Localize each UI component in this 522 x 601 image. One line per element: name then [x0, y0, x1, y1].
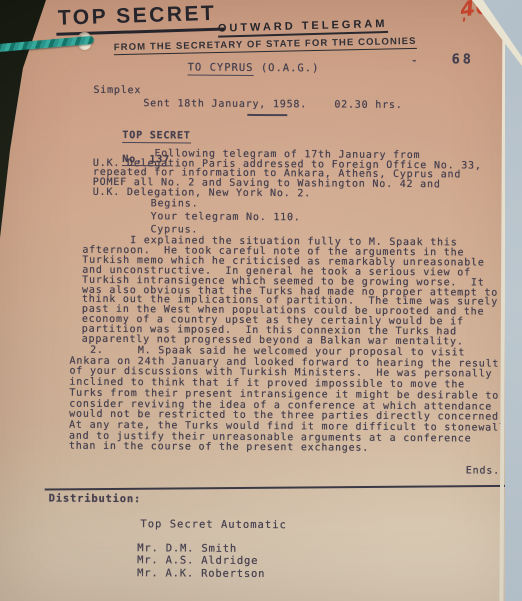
- background-right-strip: [505, 0, 522, 601]
- transmission-mode: Simplex: [93, 85, 141, 96]
- distribution-name-list: Mr. D.M. SmithMr. A.S. AldridgeMr. A.K. …: [137, 542, 265, 580]
- letterhead-from-line: FROM THE SECRETARY OF STATE FOR THE COLO…: [114, 36, 417, 55]
- dash-mark: -: [411, 53, 418, 67]
- text-line: Begins.: [151, 197, 301, 211]
- text-line: Your telegram No. 110.: [151, 210, 301, 224]
- document-type-heading: OUTWARD TELEGRAM: [218, 18, 388, 38]
- text-line: Mr. D.M. Smith: [137, 542, 265, 555]
- distribution-group: Top Secret Automatic: [140, 518, 287, 531]
- classification-heading: TOP SECRET: [56, 2, 225, 36]
- page-number: 68: [452, 51, 474, 67]
- text-line: Mr. A.S. Aldridge: [137, 555, 265, 568]
- body-paragraph-2: 2. M. Spaak said he welcomed your propos…: [69, 346, 506, 456]
- text-line: Mr. A.K. Robertson: [137, 567, 265, 580]
- telegram-page-content: TOP SECRET OUTWARD TELEGRAM FROM THE SEC…: [0, 0, 522, 601]
- sent-line-underline: [247, 114, 287, 116]
- opening-lines: Begins.Your telegram No. 110.Cyprus.: [150, 197, 300, 238]
- distribution-label: Distribution:: [49, 493, 142, 506]
- preamble-paragraph: Following telegram of 17th January fromU…: [93, 149, 482, 200]
- distribution-separator-rule: [45, 485, 522, 491]
- addressee-underlined: TO CYPRUS: [188, 61, 254, 75]
- body-paragraph-1: I explained the situation fully to M. Sp…: [82, 236, 499, 348]
- photographed-telegram-document: { "header": { "classification": "TOP SEC…: [0, 0, 522, 601]
- addressee-suffix: (O.A.G.): [253, 62, 319, 74]
- reference-classification: TOP SECRET: [122, 130, 190, 143]
- ends-marker: Ends.: [466, 465, 500, 476]
- sent-timestamp-line: Sent 18th January, 1958. 02.30 hrs.: [143, 98, 402, 111]
- addressee-line: TO CYPRUS (O.A.G.): [188, 61, 320, 74]
